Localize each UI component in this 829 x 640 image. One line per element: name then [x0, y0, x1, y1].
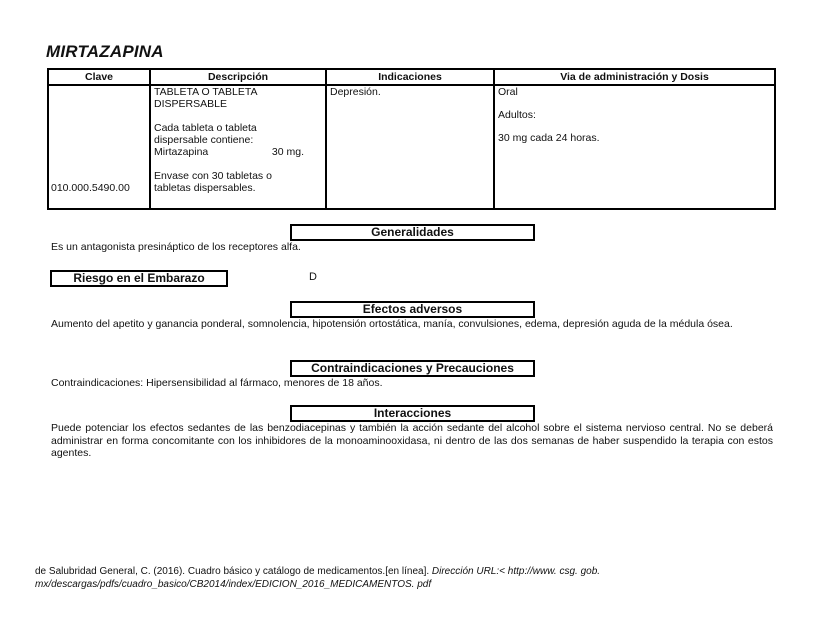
drug-info-table: Clave Descripción Indicaciones Via de ad…: [47, 68, 776, 210]
ingredient-dose: 30 mg.: [272, 146, 304, 158]
section-heading-riesgo: Riesgo en el Embarazo: [50, 270, 228, 287]
generalidades-text: Es un antagonista presináptico de los re…: [51, 241, 773, 254]
cell-via-dosis: Oral Adultos: 30 mg cada 24 horas.: [494, 85, 775, 209]
envase-line: tabletas dispersables.: [154, 182, 322, 194]
contains-line: dispersable contiene:: [154, 134, 322, 146]
indicaciones-value: Depresión.: [330, 86, 381, 98]
section-heading-generalidades: Generalidades: [290, 224, 535, 241]
reference-plain: de Salubridad General, C. (2016). Cuadro…: [35, 566, 432, 577]
ingredient-dose-row: Mirtazapina 30 mg.: [154, 146, 304, 158]
contraindicaciones-text: Contraindicaciones: Hipersensibilidad al…: [51, 377, 773, 390]
drug-title: MIRTAZAPINA: [46, 42, 164, 62]
header-clave: Clave: [48, 69, 150, 85]
form-line: DISPERSABLE: [154, 98, 322, 110]
section-heading-interacciones: Interacciones: [290, 405, 535, 422]
contains-line: Cada tableta o tableta: [154, 122, 322, 134]
cell-descripcion: TABLETA O TABLETA DISPERSABLE Cada table…: [150, 85, 326, 209]
riesgo-value: D: [309, 271, 317, 283]
ingredient-name: Mirtazapina: [154, 146, 208, 158]
route-value: Oral: [498, 86, 771, 98]
clave-value: 010.000.5490.00: [51, 182, 130, 194]
section-heading-efectos: Efectos adversos: [290, 301, 535, 318]
header-descripcion: Descripción: [150, 69, 326, 85]
dosage-value: 30 mg cada 24 horas.: [498, 132, 771, 144]
population-value: Adultos:: [498, 109, 771, 121]
table-header-row: Clave Descripción Indicaciones Via de ad…: [48, 69, 775, 85]
cell-clave: 010.000.5490.00: [48, 85, 150, 209]
section-heading-contraindicaciones: Contraindicaciones y Precauciones: [290, 360, 535, 377]
table-row: 010.000.5490.00 TABLETA O TABLETA DISPER…: [48, 85, 775, 209]
envase-line: Envase con 30 tabletas o: [154, 170, 322, 182]
form-line: TABLETA O TABLETA: [154, 86, 322, 98]
header-via-dosis: Via de administración y Dosis: [494, 69, 775, 85]
cell-indicaciones: Depresión.: [326, 85, 494, 209]
efectos-text: Aumento del apetito y ganancia ponderal,…: [51, 318, 773, 331]
header-indicaciones: Indicaciones: [326, 69, 494, 85]
reference-citation: de Salubridad General, C. (2016). Cuadro…: [35, 565, 675, 591]
interacciones-text: Puede potenciar los efectos sedantes de …: [51, 422, 773, 460]
